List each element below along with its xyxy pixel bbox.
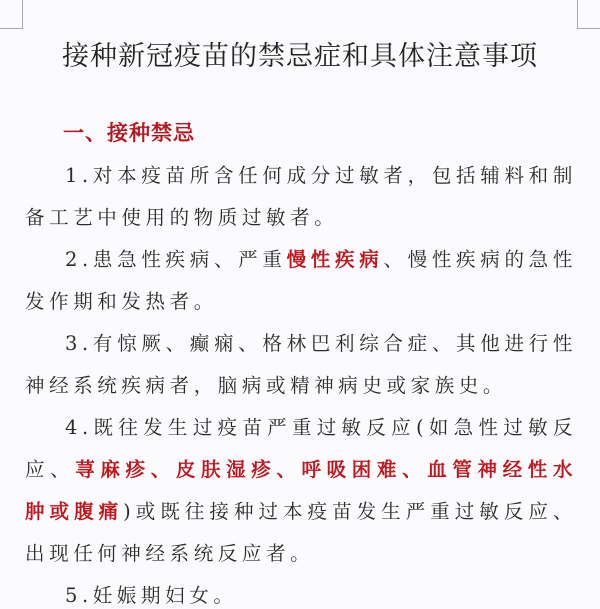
contraindication-list: 1.对本疫苗所含任何成分过敏者，包括辅料和制备工艺中使用的物质过敏者。 2.患急…	[25, 155, 577, 609]
section-heading: 一、接种禁忌	[63, 117, 195, 147]
item-number: 1.	[65, 164, 93, 187]
item-number: 2.	[65, 248, 93, 271]
list-item-1: 1.对本疫苗所含任何成分过敏者，包括辅料和制备工艺中使用的物质过敏者。	[25, 155, 577, 239]
list-item-2: 2.患急性疾病、严重慢性疾病、慢性疾病的急性发作期和发热者。	[25, 239, 577, 323]
list-item-3: 3.有惊厥、癫痫、格林巴利综合症、其他进行性神经系统疾病者，脑病或精神病史或家族…	[25, 323, 577, 407]
item-text: 有惊厥、癫痫、格林巴利综合症、其他进行性神经系统疾病者，脑病或精神病史或家族史。	[25, 332, 577, 397]
item-number: 4.	[65, 416, 93, 439]
list-item-5: 5.妊娠期妇女。	[25, 575, 577, 609]
item-number: 3.	[65, 332, 93, 355]
emphasis-text: 慢性疾病	[287, 248, 384, 271]
page-corner-mark-top-left	[0, 0, 23, 29]
item-number: 5.	[65, 584, 93, 607]
list-item-4: 4.既往发生过疫苗严重过敏反应(如急性过敏反应、荨麻疹、皮肤湿疹、呼吸困难、血管…	[25, 407, 577, 575]
item-text: 对本疫苗所含任何成分过敏者，包括辅料和制备工艺中使用的物质过敏者。	[25, 164, 577, 229]
page-corner-mark-top-right	[577, 0, 600, 29]
item-text: 患急性疾病、严重	[93, 248, 287, 271]
item-text: 妊娠期妇女。	[93, 584, 238, 607]
document-title: 接种新冠疫苗的禁忌症和具体注意事项	[0, 34, 600, 73]
